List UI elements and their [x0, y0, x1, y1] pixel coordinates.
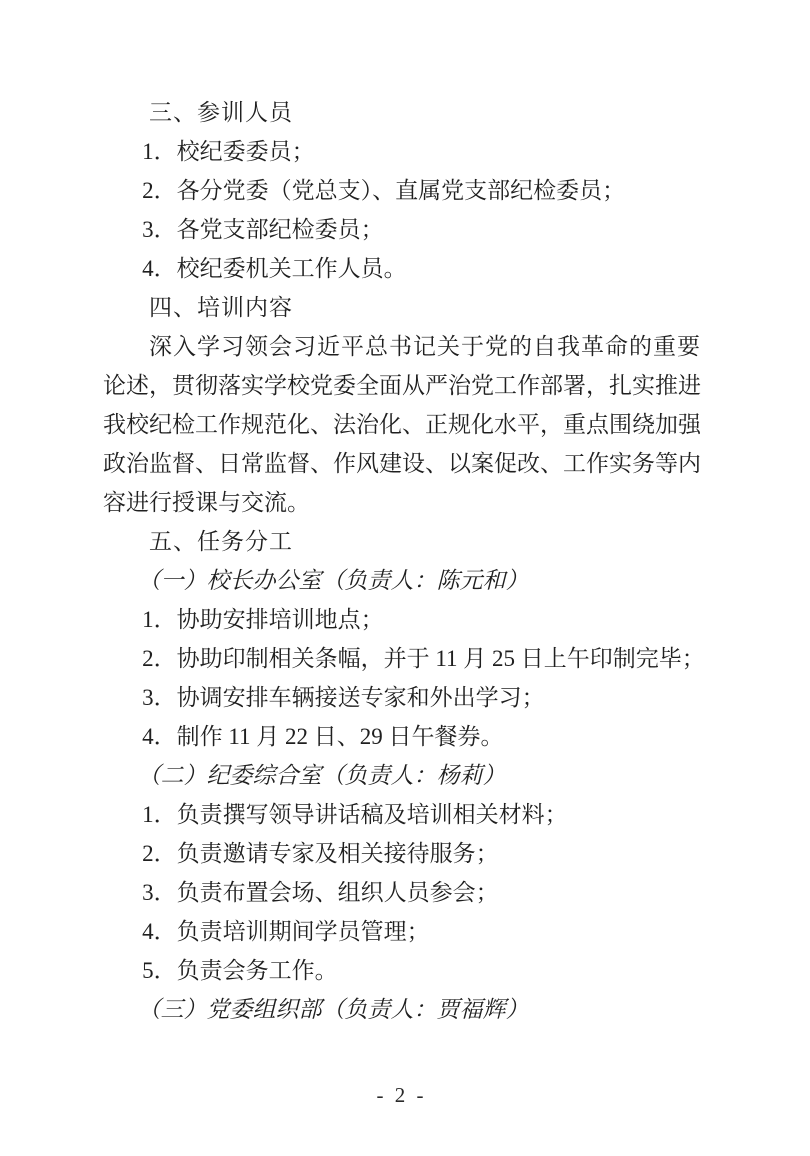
list-item: 1．负责撰写领导讲话稿及培训相关材料；: [103, 795, 700, 834]
list-item: 3．负责布置会场、组织人员参会；: [103, 873, 700, 912]
section-five-heading: 五、任务分工: [103, 522, 700, 561]
list-item: 1．协助安排培训地点；: [103, 600, 700, 639]
list-item: 4．负责培训期间学员管理；: [103, 912, 700, 951]
section-four-heading: 四、培训内容: [103, 288, 700, 327]
subsection-heading: （一）校长办公室（负责人：陈元和）: [103, 561, 700, 600]
list-item: 2．协助印制相关条幅，并于 11 月 25 日上午印制完毕；: [103, 639, 700, 678]
list-item: 4．制作 11 月 22 日、29 日午餐券。: [103, 717, 700, 756]
list-item: 2．负责邀请专家及相关接待服务；: [103, 834, 700, 873]
subsection-heading: （三）党委组织部（负责人：贾福辉）: [103, 990, 700, 1029]
paragraph-line: 深入学习领会习近平总书记关于党的自我革命的重要: [103, 327, 700, 366]
list-item: 3．各党支部纪检委员；: [103, 210, 700, 249]
list-item: 1．校纪委委员；: [103, 132, 700, 171]
list-item: 4．校纪委机关工作人员。: [103, 249, 700, 288]
page-number: - 2 -: [103, 1076, 700, 1115]
list-item: 5．负责会务工作。: [103, 951, 700, 990]
paragraph-line: 我校纪检工作规范化、法治化、正规化水平，重点围绕加强: [103, 405, 700, 444]
document-content: 三、参训人员 1．校纪委委员； 2．各分党委（党总支）、直属党支部纪检委员； 3…: [103, 93, 700, 1029]
section-three-heading: 三、参训人员: [103, 93, 700, 132]
list-item: 2．各分党委（党总支）、直属党支部纪检委员；: [103, 171, 700, 210]
paragraph-line: 容进行授课与交流。: [103, 483, 700, 522]
paragraph-line: 论述，贯彻落实学校党委全面从严治党工作部署，扎实推进: [103, 366, 700, 405]
document-page: 三、参训人员 1．校纪委委员； 2．各分党委（党总支）、直属党支部纪检委员； 3…: [0, 0, 810, 1156]
list-item: 3．协调安排车辆接送专家和外出学习；: [103, 678, 700, 717]
subsection-heading: （二）纪委综合室（负责人：杨莉）: [103, 756, 700, 795]
paragraph-line: 政治监督、日常监督、作风建设、以案促改、工作实务等内: [103, 444, 700, 483]
